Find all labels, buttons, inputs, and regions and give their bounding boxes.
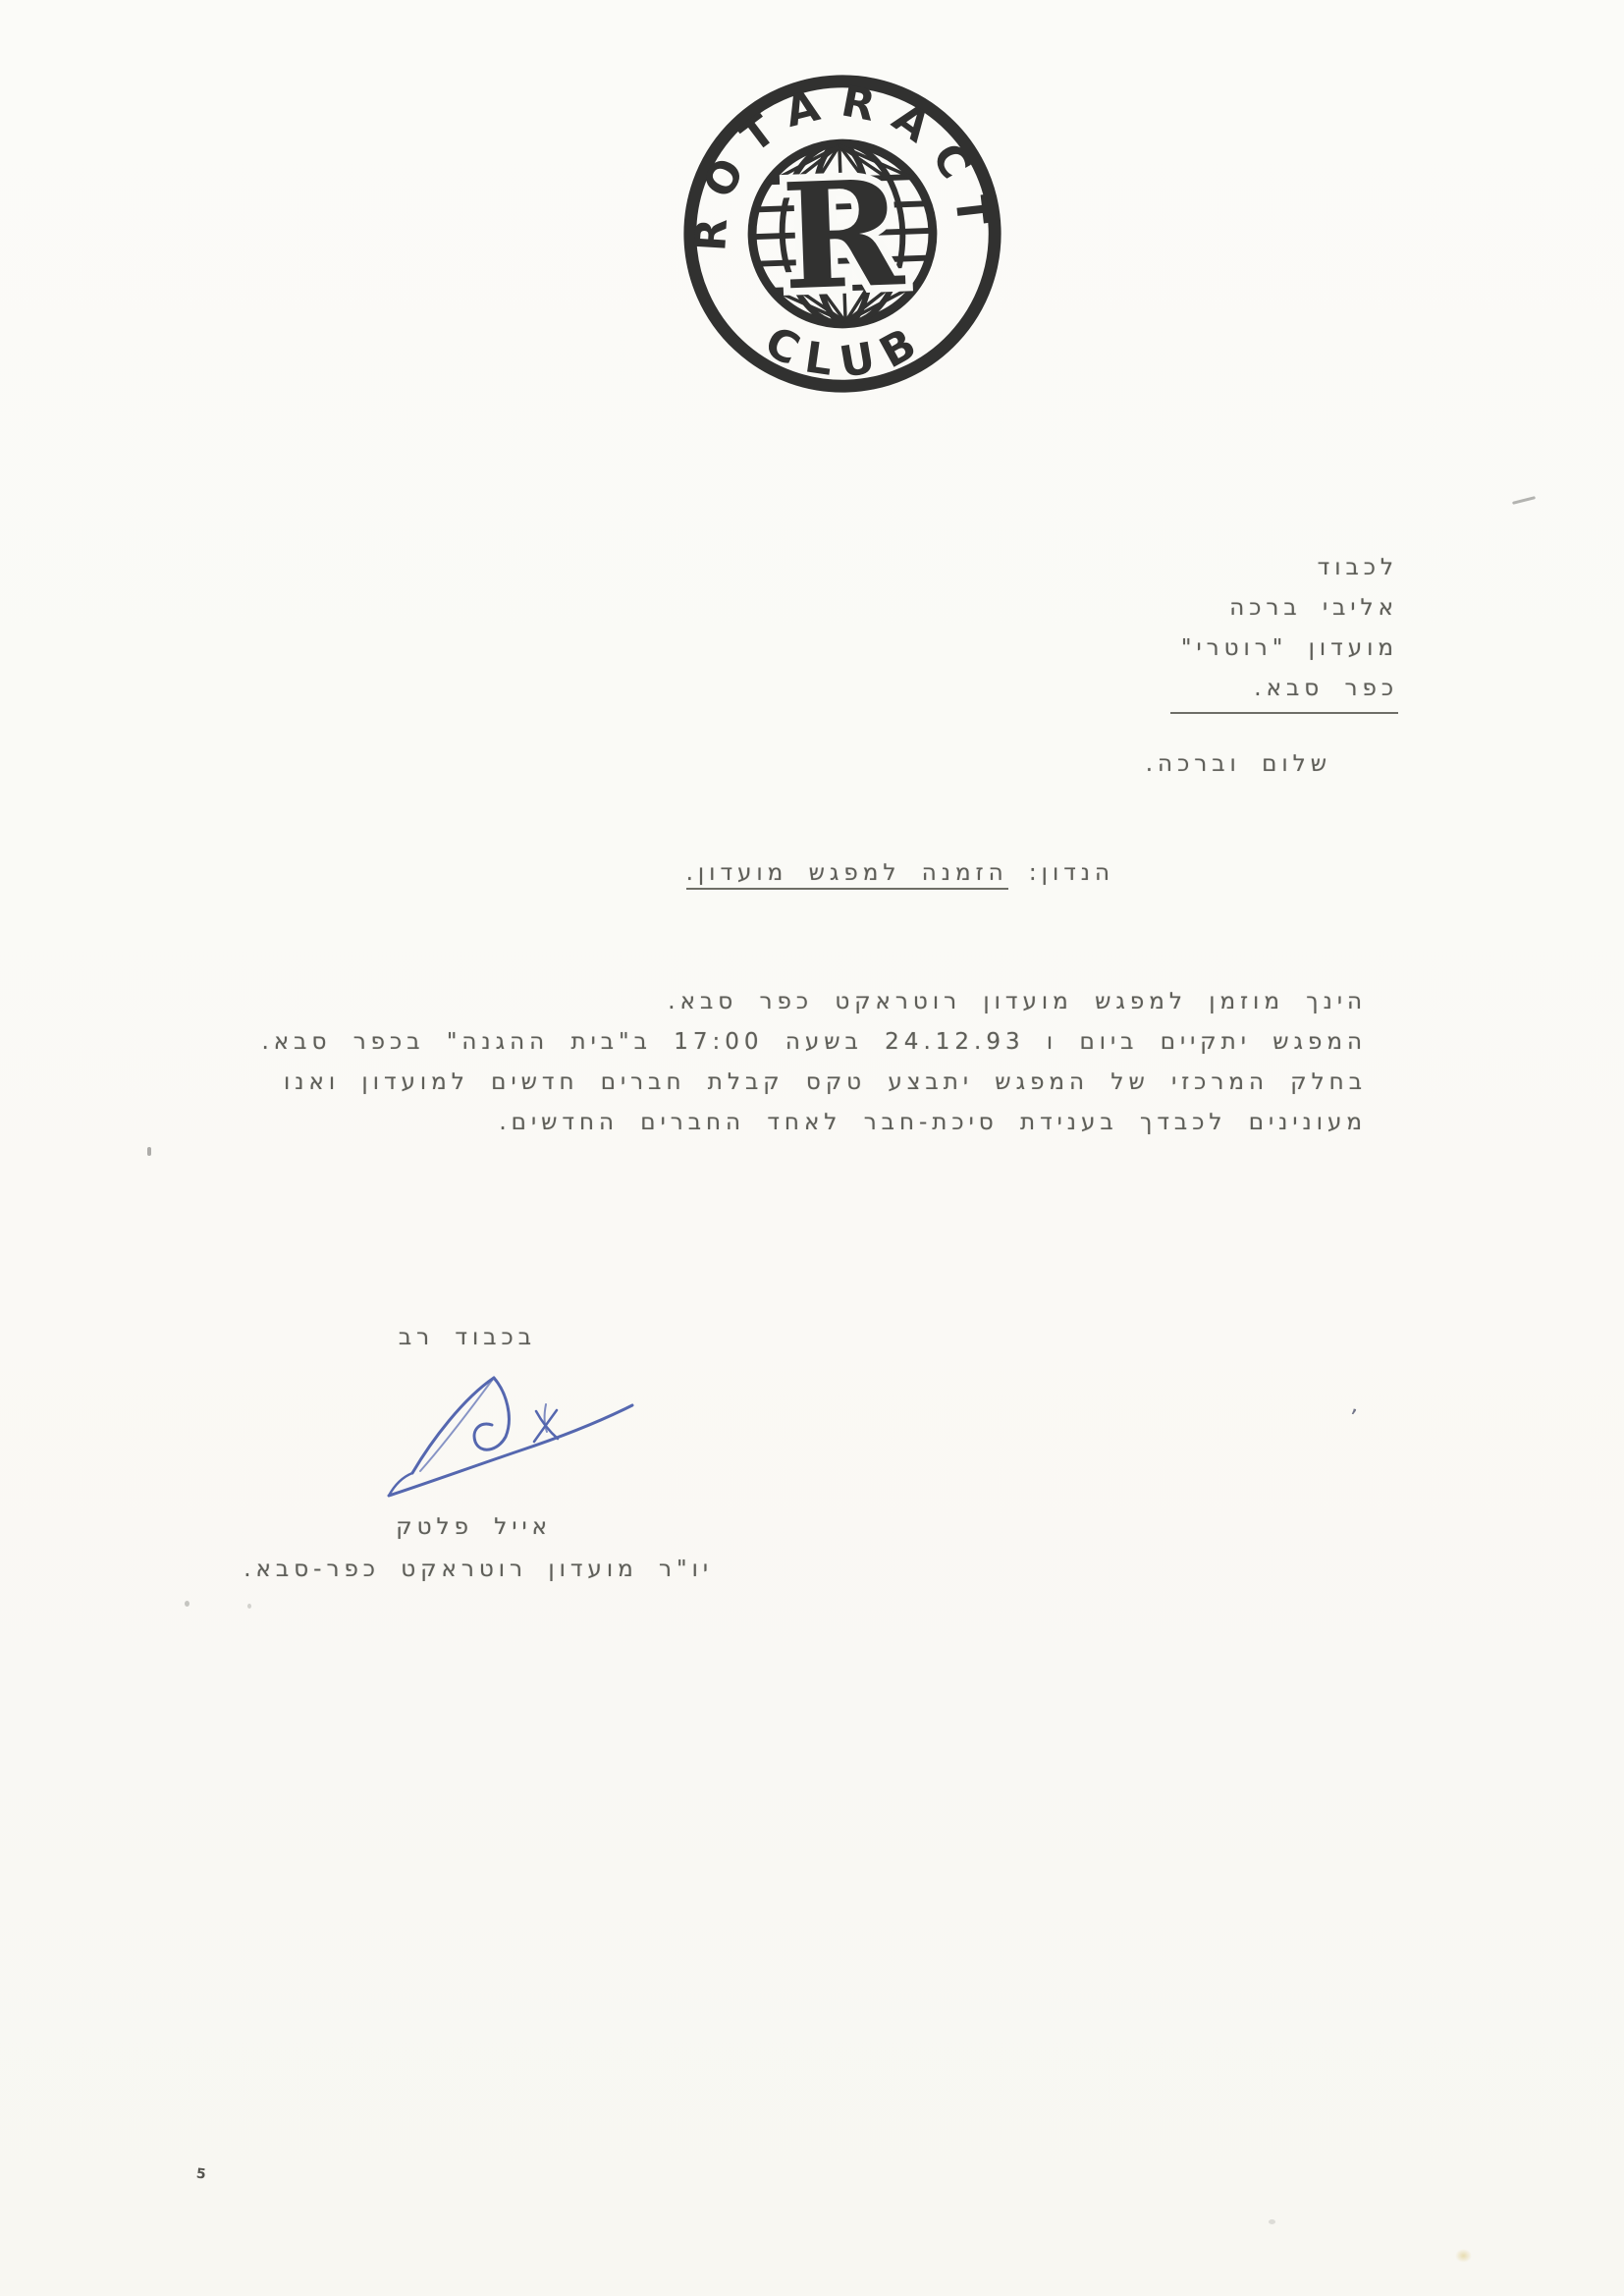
- ink-speck: [185, 1601, 189, 1607]
- pen-tick-mark: ’: [1347, 1404, 1359, 1433]
- recipient-block: לכבוד אליבי ברכה מועדון "רוטרי" כפר סבא.: [1170, 548, 1398, 714]
- scanned-letter-page: ROTARACT CLUB R לכבוד אליבי ברכה מועדון …: [0, 0, 1624, 2296]
- subject-label: הנדון:: [1029, 860, 1114, 886]
- recipient-city-underlined: כפר סבא.: [1170, 669, 1398, 714]
- recipient-salutation: לכבוד: [1170, 548, 1398, 588]
- handwritten-signature: [363, 1355, 658, 1512]
- signer-title: יו"ר מועדון רוטראקט כפר-סבא.: [244, 1557, 713, 1582]
- signer-name: אייל פלטק: [396, 1514, 552, 1540]
- stamp-monogram-r: R: [779, 147, 907, 322]
- body-line-2: המפגש יתקיים ביום ו 24.12.93 בשעה 17:00 …: [261, 1022, 1367, 1063]
- paper-stain: [1455, 2249, 1472, 2263]
- recipient-city: כפר סבא.: [1170, 669, 1398, 714]
- body-line-1: הינך מוזמן למפגש מועדון רוטראקט כפר סבא.: [261, 982, 1367, 1022]
- scan-artifact-dash: [1512, 496, 1536, 505]
- subject-underlined-text: הזמנה למפגש מועדון.: [686, 860, 1008, 890]
- ink-speck: [147, 1147, 151, 1156]
- body-line-3: בחלק המרכזי של המפגש יתבצע טקס קבלת חברי…: [261, 1063, 1367, 1103]
- subject-line: הנדון: הזמנה למפגש מועדון.: [686, 860, 1114, 886]
- stray-pen-mark: 5: [195, 2166, 205, 2181]
- ink-speck: [247, 1604, 251, 1609]
- greeting-line: שלום וברכה.: [1146, 751, 1331, 777]
- body-line-4: מעונינים לכבדך בענידת סיכת-חבר לאחד החבר…: [261, 1103, 1367, 1143]
- ink-speck: [1269, 2219, 1275, 2224]
- recipient-name: אליבי ברכה: [1170, 588, 1398, 629]
- recipient-club: מועדון "רוטרי": [1170, 629, 1398, 669]
- body-paragraph: הינך מוזמן למפגש מועדון רוטראקט כפר סבא.…: [261, 982, 1367, 1143]
- rotaract-stamp-logo: ROTARACT CLUB R: [670, 61, 1015, 407]
- rotaract-stamp-svg: ROTARACT CLUB R: [670, 61, 1015, 407]
- closing-line: בכבוד רב: [399, 1325, 536, 1350]
